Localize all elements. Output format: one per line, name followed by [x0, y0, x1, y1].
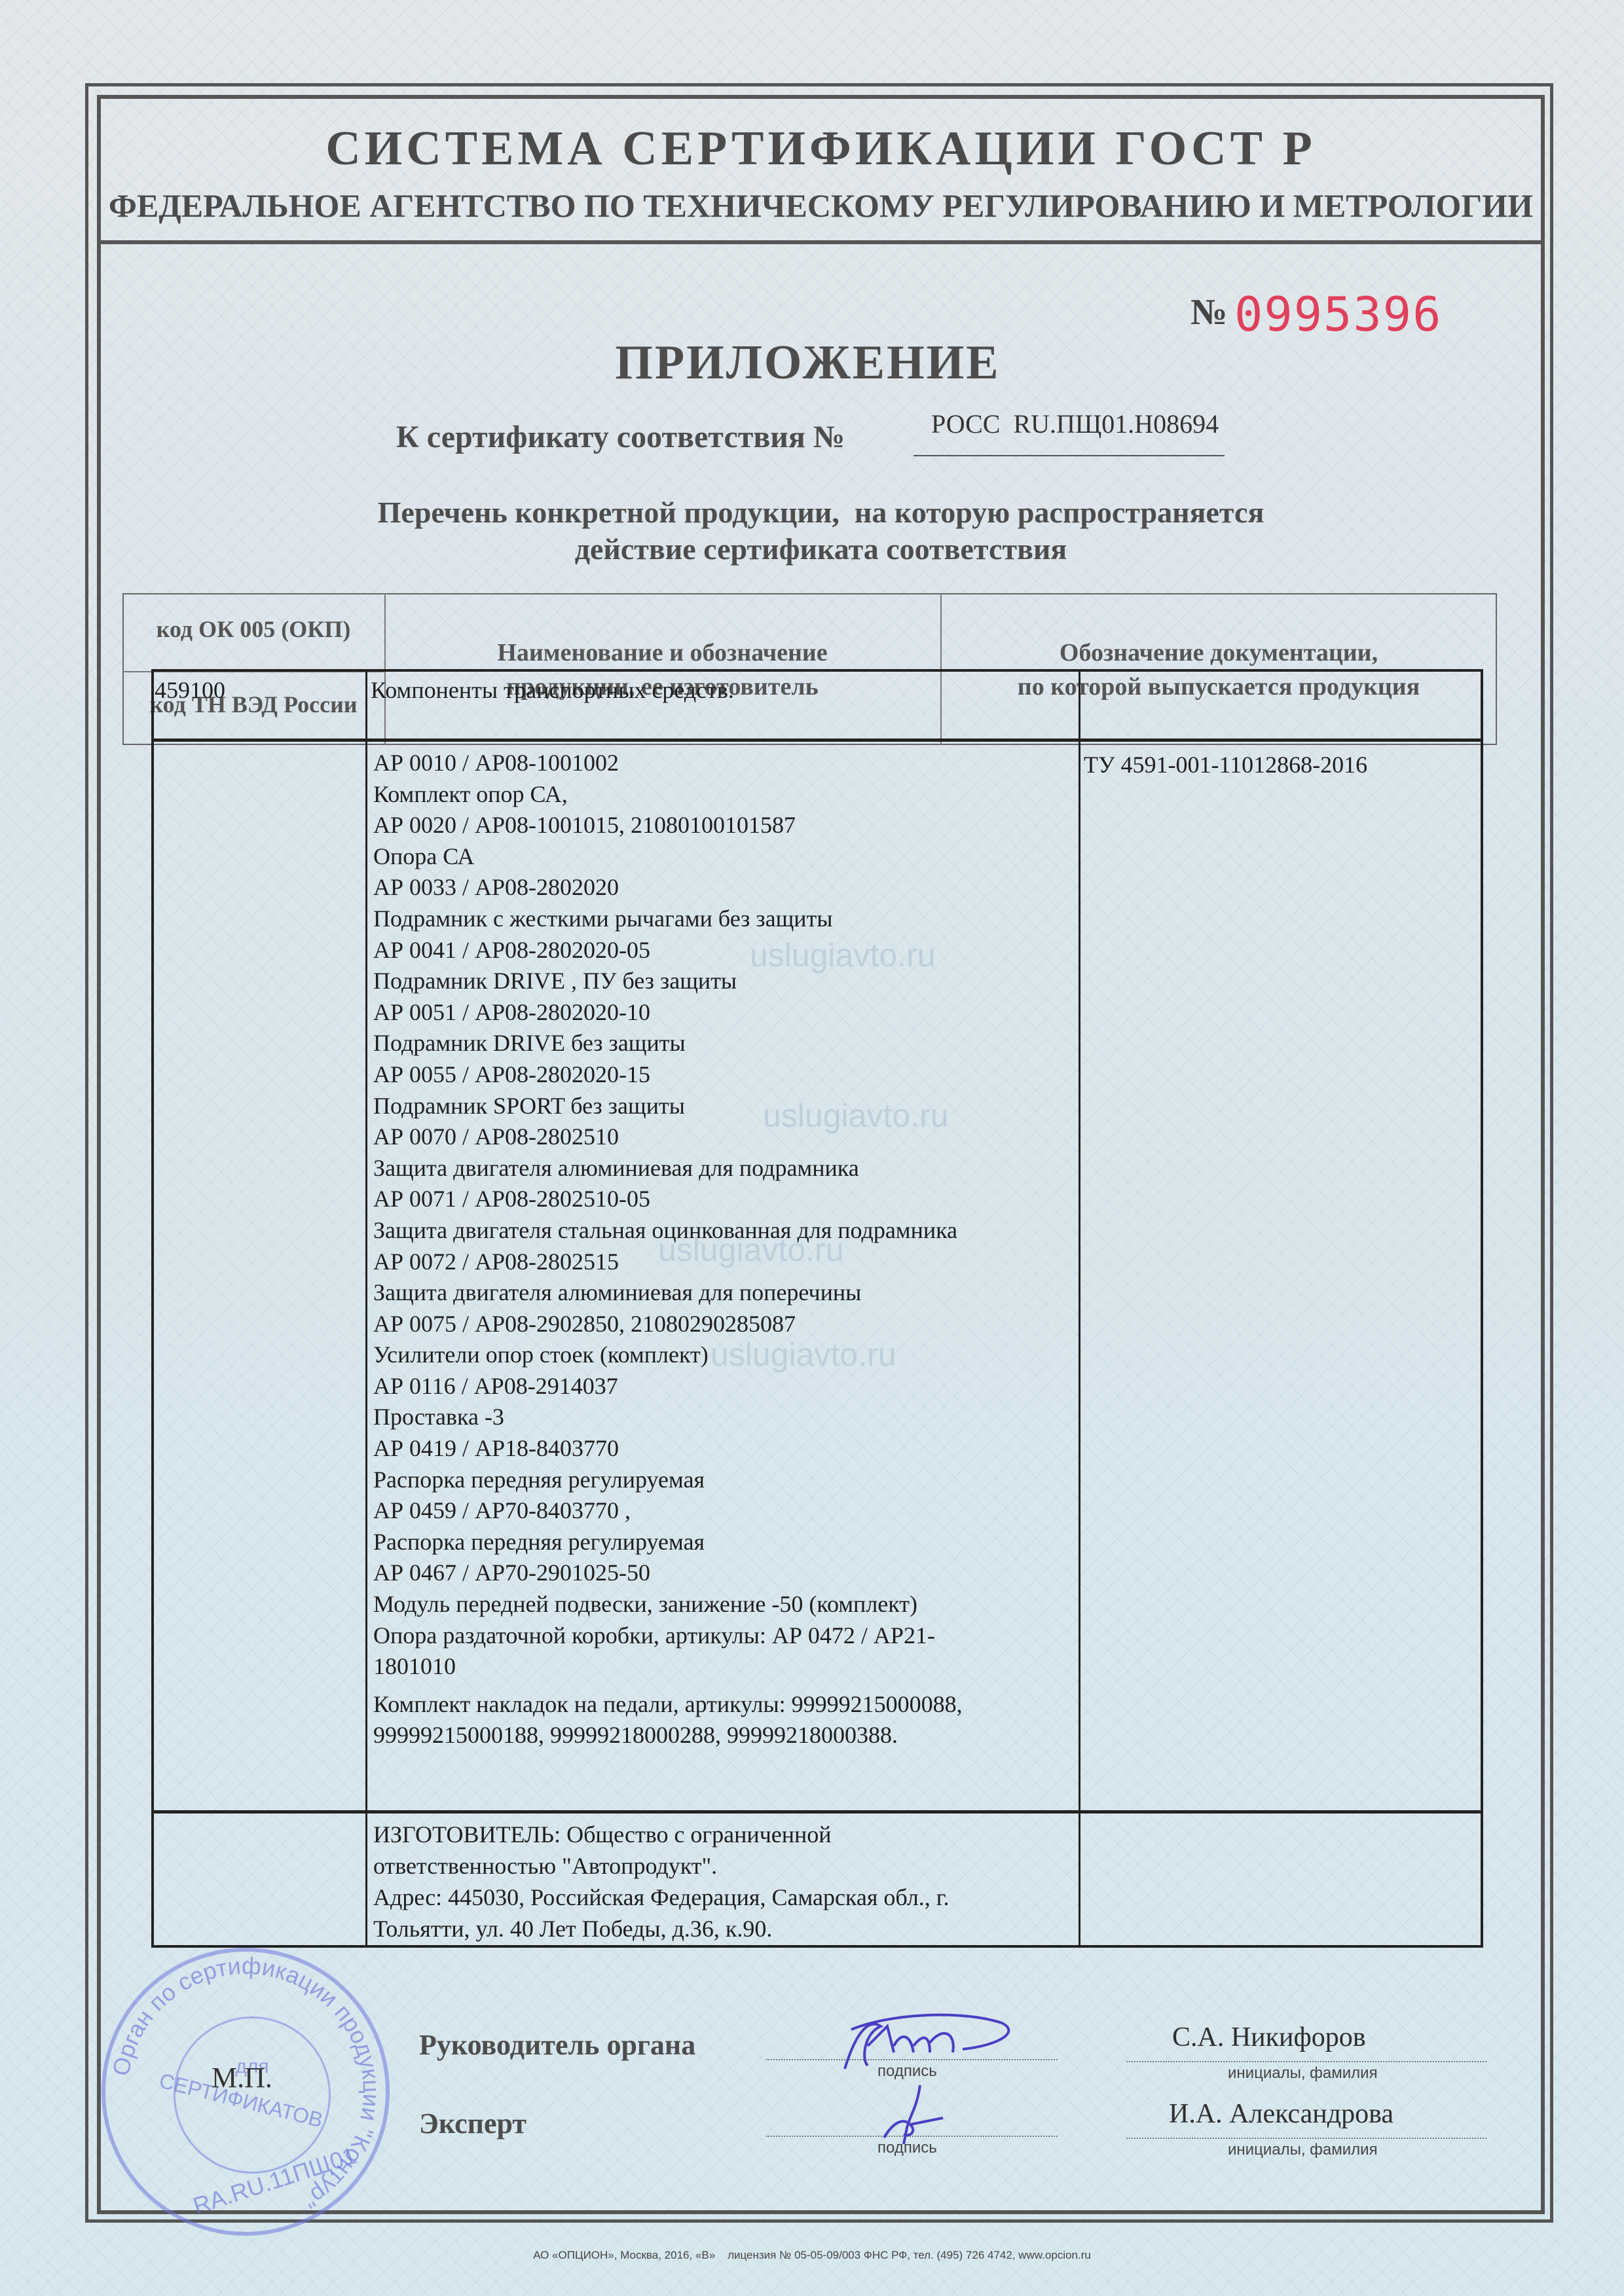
- product-line: АР 0033 / АР08-2802020: [373, 872, 1074, 903]
- expert-name-caption: инициалы, фамилия: [1228, 2141, 1378, 2159]
- expert-signature: [871, 2082, 963, 2147]
- watermark: uslugiavto.ru: [710, 1336, 896, 1374]
- expert-name-line: [1126, 2138, 1486, 2139]
- documentation-header-line1: Обозначение документации,: [940, 638, 1497, 667]
- product-line: АР 0070 / АР08-2802510: [373, 1121, 1074, 1153]
- product-line: Комплект накладок на педали, артикулы: 9…: [373, 1689, 1074, 1721]
- product-line: Проставка -3: [373, 1402, 1074, 1433]
- serial-number: 0995396: [1234, 287, 1442, 342]
- product-line: Распорка передняя регулируемая: [373, 1527, 1074, 1558]
- product-line: Защита двигателя алюминиевая для попереч…: [373, 1277, 1074, 1309]
- product-line: Защита двигателя алюминиевая для подрамн…: [373, 1153, 1074, 1184]
- watermark: uslugiavto.ru: [658, 1231, 844, 1269]
- manufacturer-line: ответственностью "Автопродукт".: [373, 1850, 1074, 1882]
- product-line: АР 0051 / АР08-2802020-10: [373, 997, 1074, 1029]
- certificate-number: РОСС RU.ПЩ01.Н08694: [931, 409, 1219, 439]
- manufacturer-line: Тольятти, ул. 40 Лет Победы, д.36, к.90.: [373, 1913, 1074, 1944]
- agency-title: ФЕДЕРАЛЬНОЕ АГЕНТСТВО ПО ТЕХНИЧЕСКОМУ РЕ…: [97, 187, 1545, 225]
- certificate-number-underline: [913, 455, 1225, 456]
- product-line: Модуль передней подвески, занижение -50 …: [373, 1589, 1074, 1620]
- product-line: Опора СА: [373, 841, 1074, 873]
- head-of-body-label: Руководитель органа: [419, 2028, 695, 2062]
- annex-title: ПРИЛОЖЕНИЕ: [97, 335, 1545, 391]
- product-line: Комплект опор СА,: [373, 779, 1074, 811]
- product-line: АР 0419 / АР18-8403770: [373, 1433, 1074, 1465]
- head-name: С.А. Никифоров: [1172, 2022, 1366, 2053]
- product-line: АР 0055 / АР08-2802020-15: [373, 1059, 1074, 1091]
- head-signature: [832, 2007, 1028, 2079]
- product-line: АР 0020 / АР08-1001015, 21080100101587: [373, 810, 1074, 841]
- documentation-cell: ТУ 4591-001-11012868-2016: [1084, 749, 1367, 780]
- product-line: АР 0459 / АР70-8403770 ,: [373, 1495, 1074, 1527]
- product-line: АР 0041 / АР08-2802020-05: [373, 935, 1074, 966]
- certification-system-title: СИСТЕМА СЕРТИФИКАЦИИ ГОСТ Р: [97, 121, 1545, 177]
- serial-number-label: №: [1190, 291, 1227, 333]
- expert-label: Эксперт: [419, 2107, 526, 2140]
- head-name-caption: инициалы, фамилия: [1228, 2064, 1378, 2083]
- product-name-header-line1: Наименование и обозначение: [384, 638, 940, 667]
- product-list-title-line2: действие сертификата соответствия: [97, 531, 1545, 568]
- table-column-divider: [365, 669, 367, 1948]
- product-line: АР 0116 / АР08-2914037: [373, 1371, 1074, 1402]
- product-line: Подрамник SPORT без защиты: [373, 1091, 1074, 1122]
- okp-code-header: код ОК 005 (ОКП): [122, 615, 384, 643]
- product-line: 99999215000188, 99999218000288, 99999218…: [373, 1720, 1074, 1751]
- product-list-title: Перечень конкретной продукции, на котору…: [97, 494, 1545, 568]
- expert-name: И.А. Александрова: [1169, 2098, 1393, 2130]
- manufacturer-line: ИЗГОТОВИТЕЛЬ: Общество с ограниченной: [373, 1819, 1074, 1850]
- category-cell: Компоненты транспортных средств.: [371, 674, 734, 706]
- product-line: АР 0071 / АР08-2802510-05: [373, 1184, 1074, 1215]
- product-line: Подрамник DRIVE без защиты: [373, 1028, 1074, 1059]
- okp-code-cell: 459100: [155, 674, 225, 706]
- certificate-label: К сертификату соответствия №: [396, 419, 845, 455]
- header-separator: [97, 240, 1545, 244]
- product-list-title-line1: Перечень конкретной продукции, на котору…: [97, 494, 1545, 531]
- table-row-divider: [151, 738, 1483, 742]
- manufacturer-info: ИЗГОТОВИТЕЛЬ: Общество с ограниченнойотв…: [373, 1819, 1074, 1944]
- printer-footer: АО «ОПЦИОН», Москва, 2016, «В» лицензия …: [0, 2249, 1624, 2262]
- product-line: АР 0467 / АР70-2901025-50: [373, 1558, 1074, 1589]
- watermark: uslugiavto.ru: [750, 936, 936, 974]
- product-line: АР 0010 / АР08-1001002: [373, 748, 1074, 779]
- product-line: Распорка передняя регулируемая: [373, 1465, 1074, 1496]
- table-row-divider: [151, 1810, 1483, 1813]
- table-column-divider: [1079, 669, 1080, 1948]
- manufacturer-line: Адрес: 445030, Российская Федерация, Сам…: [373, 1882, 1074, 1913]
- product-line: Подрамник с жесткими рычагами без защиты: [373, 903, 1074, 935]
- product-line: 1801010: [373, 1651, 1074, 1683]
- head-name-line: [1126, 2061, 1486, 2062]
- stamp-place-label: М.П.: [212, 2061, 272, 2094]
- product-line: Опора раздаточной коробки, артикулы: АР …: [373, 1620, 1074, 1652]
- product-line: Подрамник DRIVE , ПУ без защиты: [373, 966, 1074, 997]
- watermark: uslugiavto.ru: [763, 1097, 949, 1135]
